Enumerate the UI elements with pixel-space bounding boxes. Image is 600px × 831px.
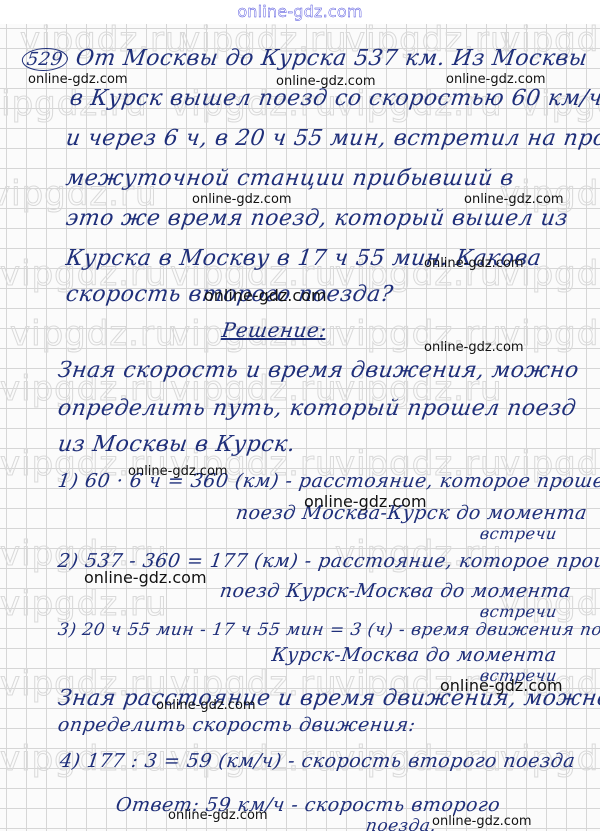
solution-intro-line: Зная скорость и время движения, можно bbox=[56, 358, 580, 383]
watermark: vipgdz.ru bbox=[0, 584, 168, 624]
overlay-watermark: online-gdz.com bbox=[168, 808, 268, 823]
overlay-watermark: online-gdz.com bbox=[304, 492, 427, 511]
watermark: vipgdz.ru bbox=[10, 314, 178, 354]
overlay-watermark: online-gdz.com bbox=[128, 464, 228, 479]
solution-intro-line: из Москвы в Курск. bbox=[56, 432, 297, 457]
problem-line: 529От Москвы до Курска 537 км. Из Москвы bbox=[20, 46, 589, 71]
problem-line: это же время поезд, который вышел из bbox=[64, 206, 569, 231]
solution-step-3-cont: Курск-Москва до момента bbox=[270, 644, 558, 666]
solution-intro-line: определить путь, который прошел поезд bbox=[56, 396, 578, 421]
solution-step-1-cont: встречи bbox=[479, 524, 559, 543]
solution-step-3: 3) 20 ч 55 мин - 17 ч 55 мин = 3 (ч) - в… bbox=[57, 620, 600, 640]
overlay-watermark: online-gdz.com bbox=[424, 256, 524, 271]
overlay-watermark: online-gdz.com bbox=[156, 698, 256, 713]
solution-bridge-line: определить скорость движения: bbox=[56, 714, 417, 736]
overlay-watermark: online-gdz.com bbox=[440, 676, 563, 695]
graph-paper-sheet: vipgdz.ruvipgdz.ruvipgdz.ruvipgdz.ru vip… bbox=[0, 24, 600, 831]
site-banner-text: online-gdz.com bbox=[237, 2, 362, 21]
solution-heading: Решение: bbox=[220, 318, 328, 342]
overlay-watermark: online-gdz.com bbox=[446, 72, 546, 87]
answer-line: поезда. bbox=[365, 816, 438, 831]
overlay-watermark: online-gdz.com bbox=[276, 74, 376, 89]
overlay-watermark: online-gdz.com bbox=[84, 568, 207, 587]
overlay-watermark: online-gdz.com bbox=[424, 340, 524, 355]
overlay-watermark: online-gdz.com bbox=[192, 192, 292, 207]
overlay-watermark: online-gdz.com bbox=[204, 286, 327, 305]
solution-step-2-cont: поезд Курск-Москва до момента bbox=[218, 580, 572, 602]
overlay-watermark: online-gdz.com bbox=[28, 72, 128, 87]
problem-line: межуточной станции прибывший в bbox=[64, 166, 515, 191]
solution-step-2-cont: встречи bbox=[479, 602, 559, 621]
overlay-watermark: online-gdz.com bbox=[432, 814, 532, 829]
solution-step-4: 4) 177 : 3 = 59 (км/ч) - скорость второг… bbox=[58, 750, 576, 772]
problem-text: От Москвы до Курска 537 км. Из Москвы bbox=[74, 46, 589, 71]
problem-line: в Курск вышел поезд со скоростью 60 км/ч bbox=[68, 86, 600, 111]
problem-number: 529 bbox=[20, 48, 69, 71]
site-banner: online-gdz.com bbox=[0, 0, 600, 24]
problem-line: и через 6 ч, в 20 ч 55 мин, встретил на … bbox=[64, 126, 600, 151]
overlay-watermark: online-gdz.com bbox=[464, 192, 564, 207]
